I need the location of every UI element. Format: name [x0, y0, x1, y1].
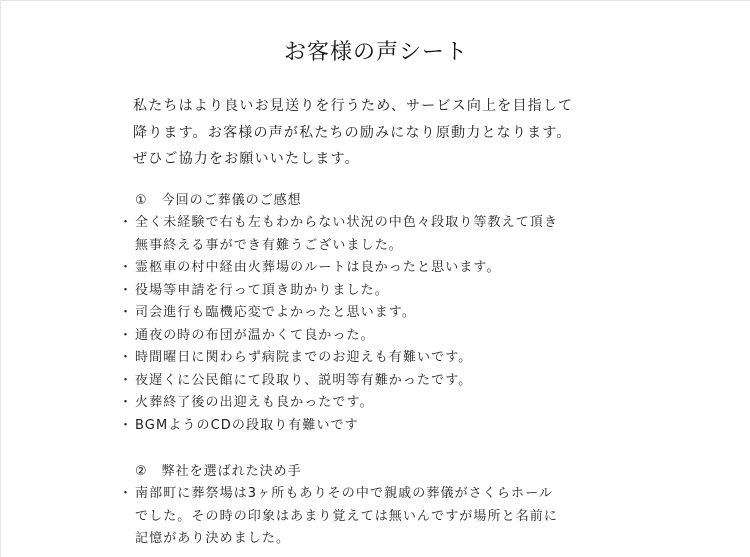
bullet-icon: ・ — [119, 212, 135, 257]
item-line: BGMようのCDの段取り有難いです — [135, 415, 359, 438]
list-item: ・ 時間曜日に関わらず病院までのお迎えも有難いです。 — [119, 347, 599, 370]
item-line: 無事終える事ができ有難うございました。 — [135, 235, 558, 258]
section-heading-text: 弊社を選ばれた決め手 — [162, 464, 302, 479]
document-page: お客様の声シート 私たちはより良いお見送りを行うため、サービス向上を目指して 降… — [0, 0, 750, 557]
bullet-icon: ・ — [119, 392, 135, 415]
bullet-icon: ・ — [119, 280, 135, 303]
bullet-icon: ・ — [119, 257, 135, 280]
list-item: ・ 司会進行も臨機応変でよかったと思います。 — [119, 302, 599, 325]
item-line: 通夜の時の布団が温かくて良かった。 — [135, 325, 375, 348]
document-title: お客様の声シート — [1, 35, 750, 66]
bullet-icon: ・ — [119, 325, 135, 348]
item-line: 火葬終了後の出迎えも良かったです。 — [135, 392, 374, 415]
section-number: ② — [135, 464, 148, 479]
bullet-icon: ・ — [119, 302, 135, 325]
list-item: ・ 南部町に葬祭場は3ヶ所もありその中で親戚の葬儀がさくらホール でした。その時… — [119, 483, 599, 551]
intro-line: 私たちはより良いお見送りを行うため、サービス向上を目指して — [133, 93, 603, 120]
list-item: ・ BGMようのCDの段取り有難いです — [119, 415, 599, 438]
bullet-icon: ・ — [119, 370, 135, 393]
list-item: ・ 全く未経験で右も左もわからない状況の中色々段取り等教えて頂き 無事終える事が… — [119, 212, 599, 257]
list-item: ・ 火葬終了後の出迎えも良かったです。 — [119, 392, 599, 415]
list-item: ・ 役場等申請を行って頂き助かりました。 — [119, 280, 599, 303]
intro-line: ぜひご協力をお願いいたします。 — [133, 146, 603, 173]
list-item: ・ 夜遅くに公民館にて段取り、説明等有難かったです。 — [119, 370, 599, 393]
item-line: 南部町に葬祭場は3ヶ所もありその中で親戚の葬儀がさくらホール — [135, 483, 558, 506]
item-line: でした。その時の印象はあまり覚えては無いんですが場所と名前に — [135, 506, 558, 529]
section-heading-text: 今回のご葬儀のご感想 — [162, 193, 302, 208]
section-heading: ①今回のご葬儀のご感想 — [119, 190, 599, 212]
item-line: 時間曜日に関わらず病院までのお迎えも有難いです。 — [135, 347, 472, 370]
intro-line: 降ります。お客様の声が私たちの励みになり原動力となります。 — [133, 120, 603, 147]
section-heading: ②弊社を選ばれた決め手 — [119, 461, 599, 483]
item-line: 司会進行も臨機応変でよかったと思います。 — [135, 302, 416, 325]
item-line: 全く未経験で右も左もわからない状況の中色々段取り等教えて頂き — [135, 212, 558, 235]
list-item: ・ 霊柩車の村中経由火葬場のルートは良かったと思います。 — [119, 257, 599, 280]
item-line: 霊柩車の村中経由火葬場のルートは良かったと思います。 — [135, 257, 501, 280]
bullet-icon: ・ — [119, 347, 135, 370]
item-line: 記憶があり決めました。 — [135, 528, 558, 551]
item-line: 役場等申請を行って頂き助かりました。 — [135, 280, 389, 303]
list-item: ・ 通夜の時の布団が温かくて良かった。 — [119, 325, 599, 348]
item-line: 夜遅くに公民館にて段取り、説明等有難かったです。 — [135, 370, 472, 393]
section-number: ① — [135, 193, 148, 208]
bullet-icon: ・ — [119, 415, 135, 438]
section-deciding-factor: ②弊社を選ばれた決め手 ・ 南部町に葬祭場は3ヶ所もありその中で親戚の葬儀がさく… — [119, 461, 599, 551]
bullet-icon: ・ — [119, 483, 135, 551]
intro-paragraph: 私たちはより良いお見送りを行うため、サービス向上を目指して 降ります。お客様の声… — [133, 93, 603, 173]
section-impressions: ①今回のご葬儀のご感想 ・ 全く未経験で右も左もわからない状況の中色々段取り等教… — [119, 190, 599, 437]
